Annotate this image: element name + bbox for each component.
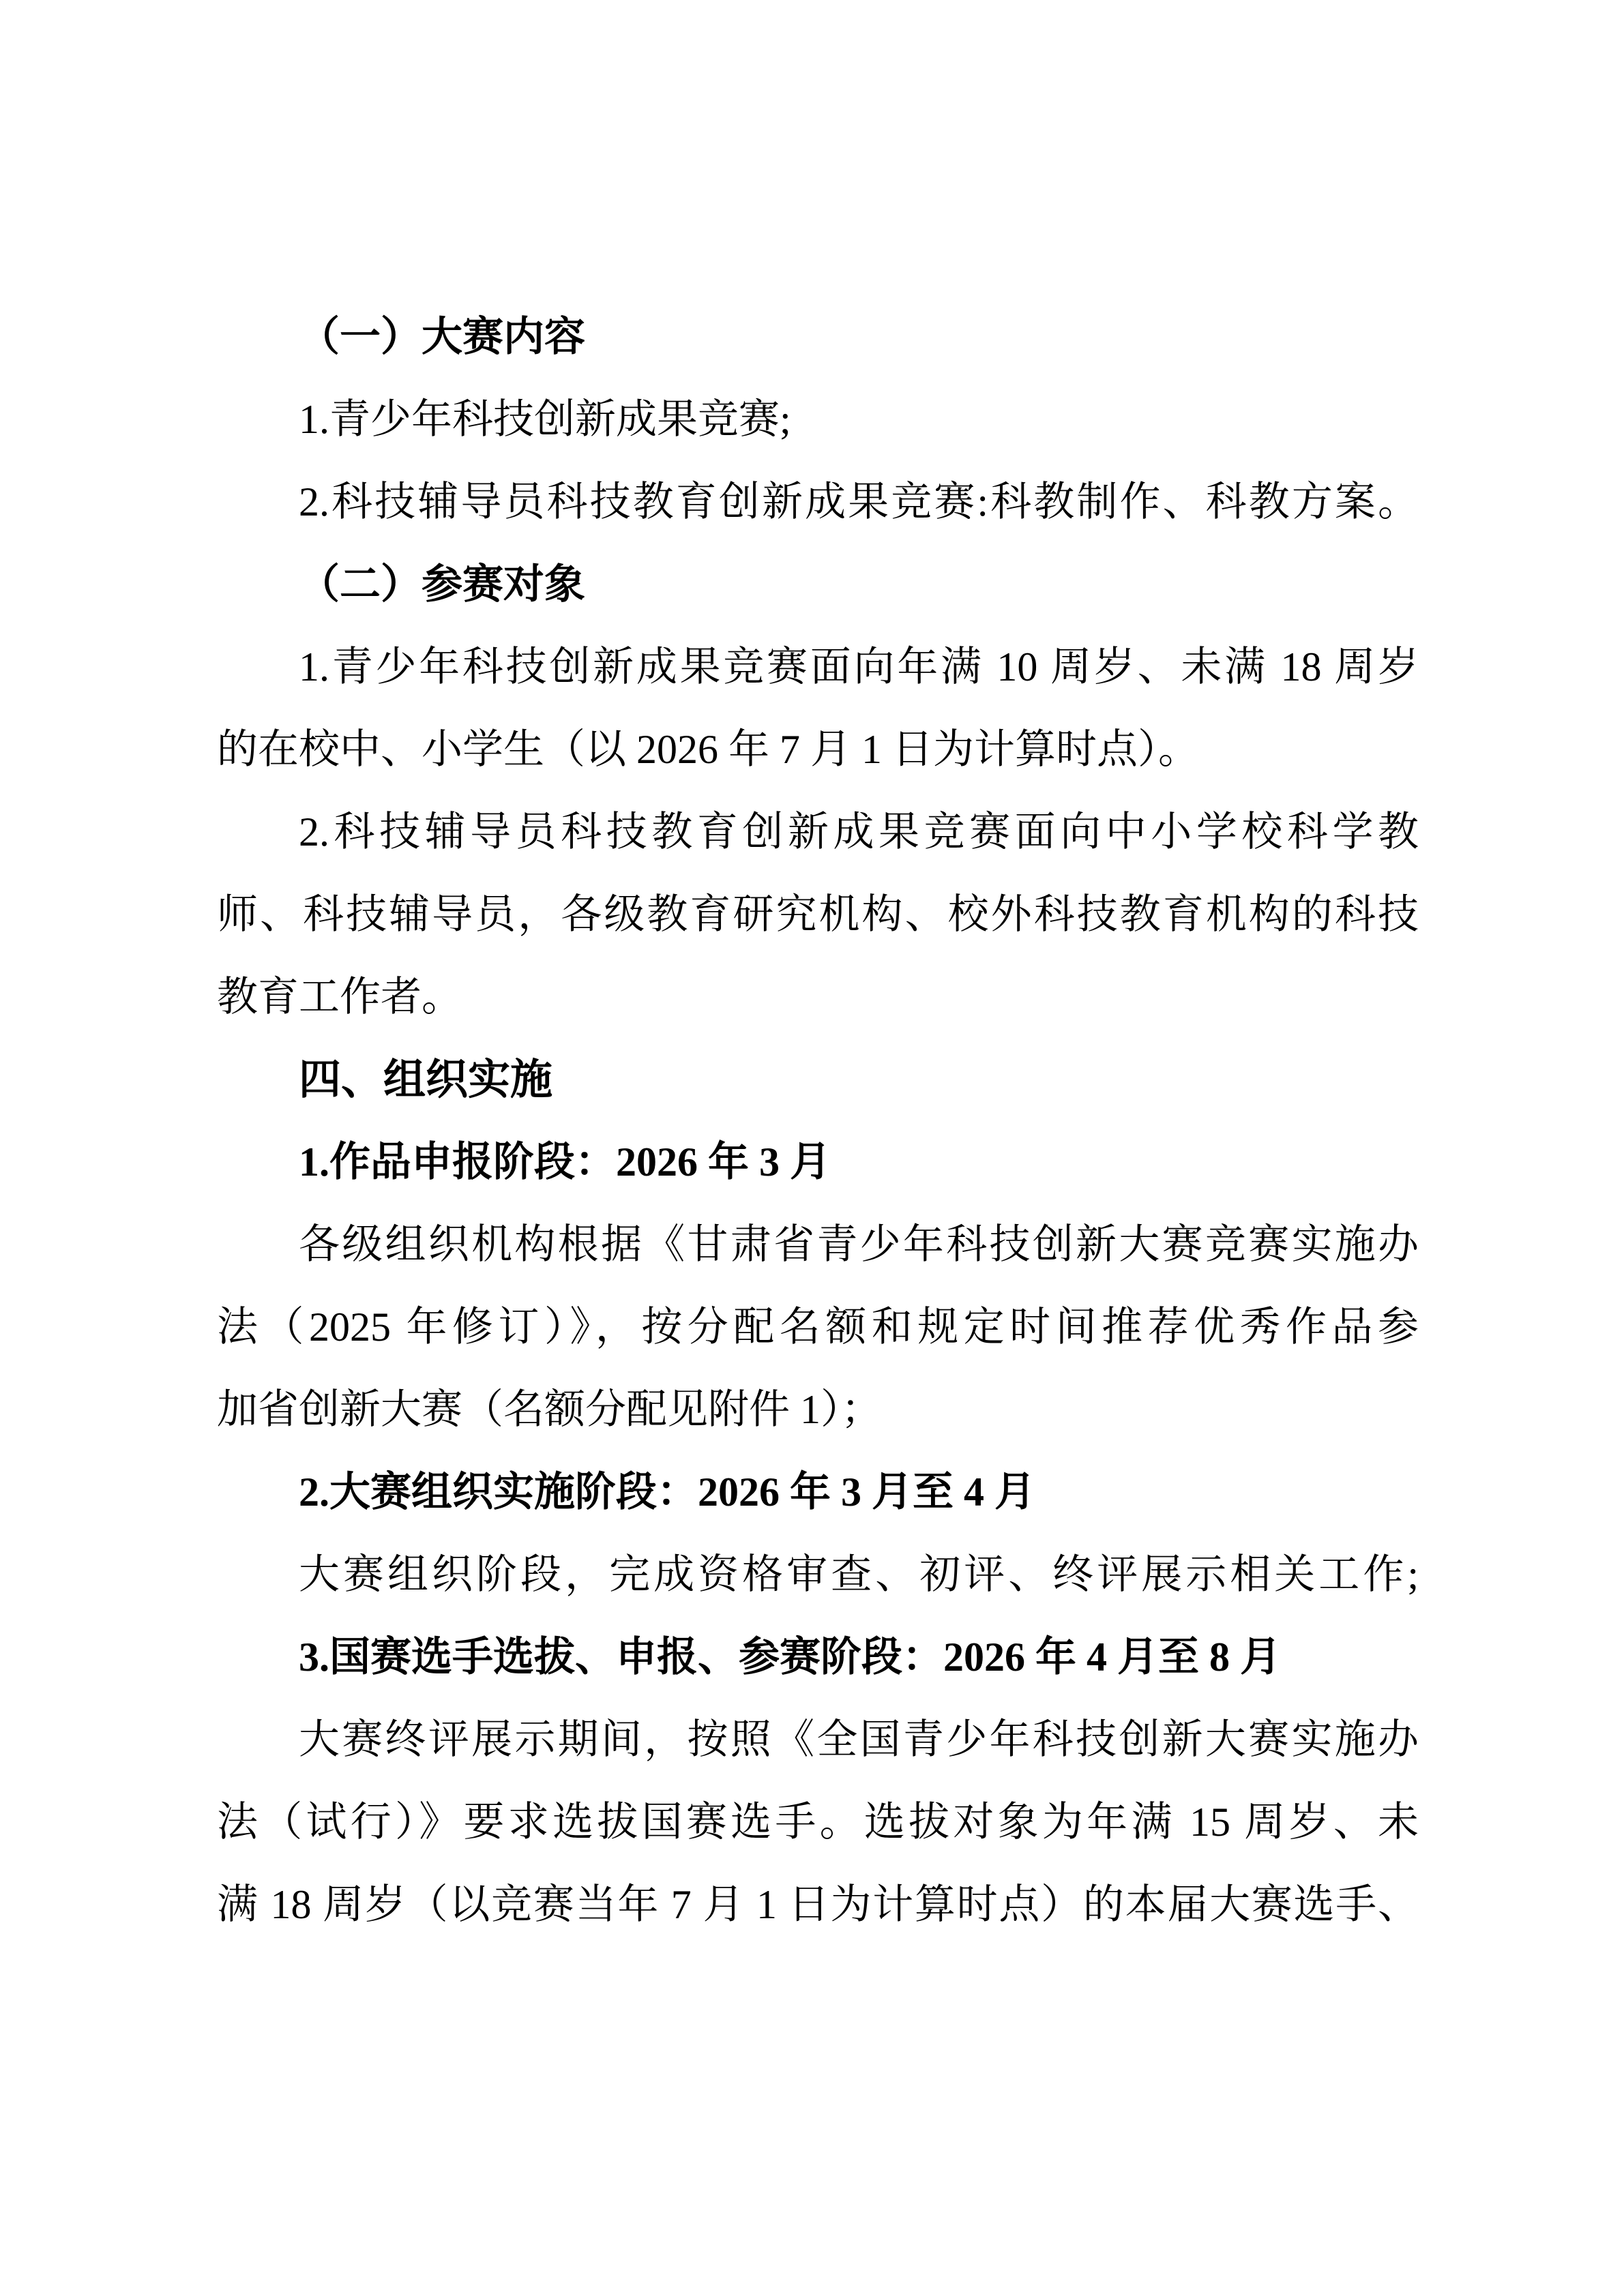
body-text-line: 法（2025 年修订）》，按分配名额和规定时间推荐优秀作品参 xyxy=(217,1286,1419,1369)
body-text-line: 教育工作者。 xyxy=(217,956,1419,1039)
body-text-line: 2.科技辅导员科技教育创新成果竞赛面向中小学校科学教 xyxy=(217,791,1419,874)
body-text-line: 各级组织机构根据《甘肃省青少年科技创新大赛竞赛实施办 xyxy=(217,1204,1419,1286)
body-text-line: 1.青少年科技创新成果竞赛面向年满 10 周岁、未满 18 周岁 xyxy=(217,626,1419,709)
body-text-line: 1.青少年科技创新成果竞赛; xyxy=(217,378,1419,461)
body-text-line: 大赛组织阶段，完成资格审查、初评、终评展示相关工作; xyxy=(217,1534,1419,1616)
body-text-line: 满 18 周岁（以竞赛当年 7 月 1 日为计算时点）的本届大赛选手、 xyxy=(217,1864,1419,1946)
body-text-line: 加省创新大赛（名额分配见附件 1）； xyxy=(217,1369,1419,1451)
body-text-line: 师、科技辅导员，各级教育研究机构、校外科技教育机构的科技 xyxy=(217,874,1419,956)
body-text-line: 法（试行）》要求选拔国赛选手。选拔对象为年满 15 周岁、未 xyxy=(217,1781,1419,1864)
document-body: （一）大赛内容1.青少年科技创新成果竞赛;2.科技辅导员科技教育创新成果竞赛:科… xyxy=(217,296,1419,1946)
heading-line: 1.作品申报阶段：2026 年 3 月 xyxy=(217,1121,1419,1204)
body-text-line: 2.科技辅导员科技教育创新成果竞赛:科教制作、科教方案。 xyxy=(217,461,1419,543)
heading-line: （二）参赛对象 xyxy=(217,543,1419,626)
heading-line: 2.大赛组织实施阶段：2026 年 3 月至 4 月 xyxy=(217,1451,1419,1534)
heading-line: 3.国赛选手选拔、申报、参赛阶段：2026 年 4 月至 8 月 xyxy=(217,1616,1419,1699)
heading-line: 四、组织实施 xyxy=(217,1039,1419,1121)
heading-line: （一）大赛内容 xyxy=(217,296,1419,378)
document-page: （一）大赛内容1.青少年科技创新成果竞赛;2.科技辅导员科技教育创新成果竞赛:科… xyxy=(0,0,1624,2296)
body-text-line: 的在校中、小学生（以 2026 年 7 月 1 日为计算时点）。 xyxy=(217,709,1419,791)
body-text-line: 大赛终评展示期间，按照《全国青少年科技创新大赛实施办 xyxy=(217,1699,1419,1781)
